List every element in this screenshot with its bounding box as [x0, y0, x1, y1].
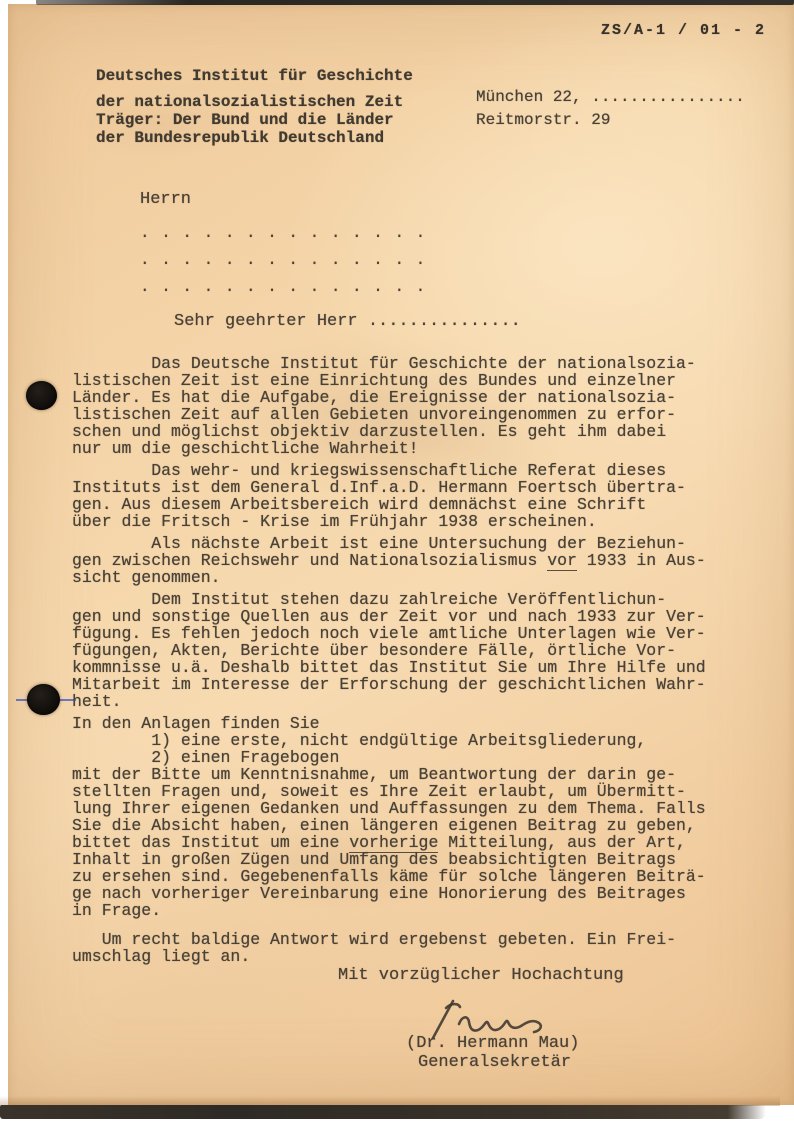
- letter-page: ZS/A-1 / 01 - 2 Deutsches Institut für G…: [8, 4, 794, 1105]
- recipient-block: Herrn . . . . . . . . . . . . . .. . . .…: [140, 190, 426, 301]
- archive-reference: ZS/A-1 / 01 - 2: [601, 22, 766, 39]
- sender-street-line: Reitmorstr. 29: [476, 109, 745, 132]
- paragraph-institute-intro: Das Deutsche Institut für Geschichte der…: [72, 355, 752, 457]
- scanner-edge-top: [36, 0, 794, 5]
- punch-hole-bottom: [27, 684, 60, 715]
- salutation: Sehr geehrter Herr ...............: [174, 312, 521, 331]
- punch-hole-top: [26, 381, 57, 410]
- recipient-blank-lines: . . . . . . . . . . . . . .. . . . . . .…: [140, 220, 426, 301]
- paragraph-next-study: Als nächste Arbeit ist eine Untersuchung…: [72, 535, 752, 586]
- sender-address: München 22, ................ Reitmorstr.…: [476, 86, 745, 132]
- scanner-edge-bottom: [0, 1105, 766, 1119]
- signature-name: (Dr. Hermann Mau): [406, 1034, 579, 1053]
- valediction: Mit vorzüglicher Hochachtung: [338, 966, 624, 985]
- sender-city-line: München 22, ................: [476, 86, 745, 109]
- letter-body: Das Deutsche Institut für Geschichte der…: [72, 355, 752, 970]
- paragraph-military-referat: Das wehr- und kriegswissenschaftliche Re…: [72, 462, 752, 530]
- paragraph-reply-request: Um recht baldige Antwort wird ergebenst …: [72, 931, 752, 965]
- recipient-label: Herrn: [140, 190, 426, 209]
- paragraph-sources-request: Dem Institut stehen dazu zahlreiche Verö…: [72, 591, 752, 710]
- paragraph-enclosures: In den Anlagen finden Sie 1) eine erste,…: [72, 715, 752, 919]
- signature-role: Generalsekretär: [418, 1053, 571, 1072]
- letterhead: Deutsches Institut für Geschichteder nat…: [96, 67, 413, 147]
